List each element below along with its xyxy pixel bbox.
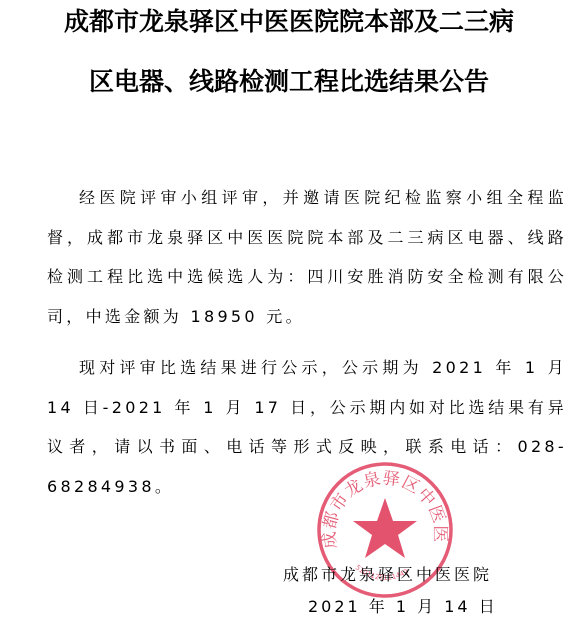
signature-organization: 成都市龙泉驿区中医医院 (283, 562, 492, 585)
title-line-2: 区电器、线路检测工程比选结果公告 (0, 62, 578, 98)
signature-date: 2021 年 1 月 14 日 (308, 594, 498, 617)
title-line-1: 成都市龙泉驿区中医医院院本部及二三病 (0, 2, 578, 38)
paragraph-result: 经医院评审小组评审，并邀请医院纪检监察小组全程监督，成都市龙泉驿区中医医院院本部… (47, 178, 567, 336)
star-icon (353, 498, 417, 558)
paragraph-notice: 现对评审比选结果进行公示，公示期为 2021 年 1 月 14 日-2021 年… (47, 348, 567, 506)
